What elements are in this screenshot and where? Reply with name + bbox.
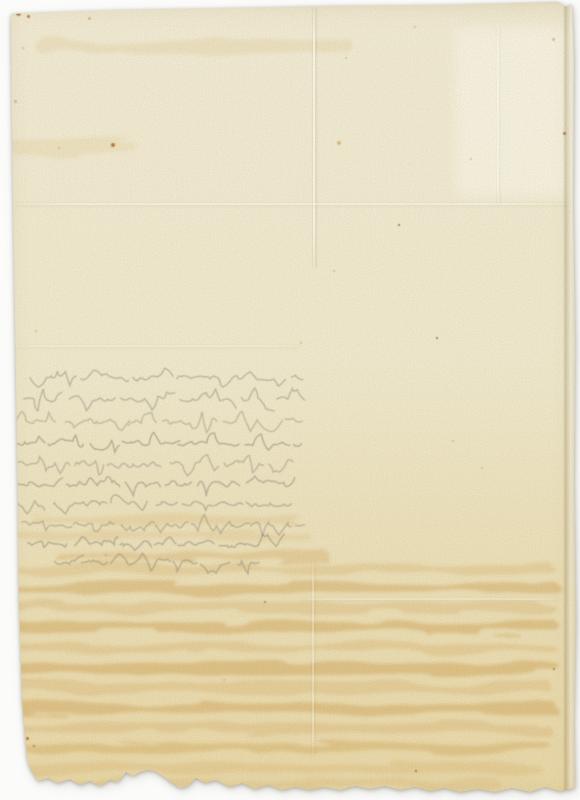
stain-band	[12, 684, 555, 693]
bleedthrough-text-line	[16, 476, 295, 496]
foxing-spot	[415, 770, 417, 772]
bleedthrough-text-line	[18, 495, 292, 514]
foxing-spot	[111, 143, 115, 147]
foxing-spot	[35, 330, 37, 332]
foxing-spot	[553, 668, 555, 670]
foxing-spot	[563, 132, 566, 135]
foxing-spot	[16, 11, 21, 16]
crease-line	[14, 345, 300, 347]
bleedthrough-text-line	[14, 432, 301, 452]
foxing-spot	[105, 554, 107, 556]
crease-line	[300, 598, 560, 600]
mirrored-handwriting-block	[14, 368, 305, 574]
foxing-spot	[14, 100, 17, 103]
foxing-spot	[88, 17, 91, 20]
ink-bleedthrough-layer	[0, 0, 580, 800]
stain-band	[35, 41, 355, 54]
foxing-spot	[452, 440, 454, 442]
foxing-spot	[300, 342, 302, 344]
foxing-spot	[264, 601, 266, 603]
foxing-spot	[333, 270, 335, 272]
foxing-spot	[470, 158, 472, 160]
bleedthrough-text-line	[28, 534, 284, 550]
scanner-background	[0, 0, 580, 800]
foxing-spot	[552, 38, 555, 41]
stain-band	[12, 764, 540, 773]
foxing-spot	[223, 679, 225, 681]
foxing-spot	[128, 424, 130, 426]
manuscript-page	[0, 0, 580, 800]
foxing-spot	[398, 224, 400, 226]
manuscript-page-wrap	[0, 0, 580, 800]
grain-rect	[0, 0, 580, 800]
foxing-spot	[12, 351, 15, 354]
foxing-spot	[27, 15, 30, 18]
foxing-spot	[40, 11, 42, 13]
stain-band	[10, 724, 550, 733]
crease-line	[313, 8, 315, 268]
paper-grain-texture	[0, 0, 580, 800]
crease-line	[497, 28, 499, 205]
foxing-spot	[22, 47, 24, 49]
stain-band	[8, 744, 552, 753]
stain-band	[30, 515, 300, 524]
stain-band	[55, 552, 330, 561]
stain-band	[8, 583, 560, 593]
bleedthrough-text-line	[24, 388, 305, 411]
foxing-spot	[58, 147, 60, 149]
stain-band	[8, 622, 560, 632]
stain-band	[10, 644, 555, 653]
bleedthrough-text-line	[22, 515, 304, 536]
bleedthrough-text-line	[16, 411, 302, 432]
stain-layer	[0, 0, 580, 800]
stain-band	[8, 703, 558, 713]
bleedthrough-text-line	[30, 368, 303, 387]
stain-band	[18, 532, 310, 540]
stain-band-group	[8, 41, 560, 789]
crease-line	[312, 560, 314, 756]
foxing-spot	[414, 26, 416, 28]
stain-band	[18, 780, 500, 788]
light-patch	[455, 28, 571, 196]
crease-line	[14, 203, 568, 205]
fold-strip	[563, 0, 580, 800]
foxing-spot	[345, 57, 347, 59]
foxing-spot	[33, 745, 35, 747]
foxing-spot	[481, 467, 483, 469]
stain-band	[8, 663, 560, 673]
foxing-spot	[26, 737, 29, 740]
foxing-spot	[337, 141, 341, 145]
stain-band	[14, 603, 555, 612]
stain-band	[8, 140, 135, 155]
stain-band	[10, 565, 555, 574]
foxing-spot	[436, 337, 438, 339]
bleedthrough-text-line	[55, 553, 259, 574]
bleedthrough-text-line	[18, 455, 293, 476]
